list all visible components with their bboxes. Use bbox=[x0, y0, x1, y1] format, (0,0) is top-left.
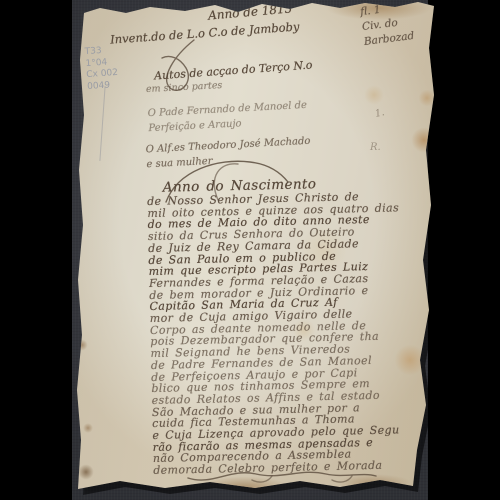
archival-pencil-note: T33 1°04 Cx 002 0049 bbox=[84, 45, 119, 93]
pencil-stroke bbox=[99, 86, 105, 161]
photograph-of-manuscript: Anno de 1815 fl. 1 Civ. do Barbozad Inve… bbox=[0, 0, 500, 500]
margin-mark-two: R. bbox=[370, 142, 381, 153]
ink-layer: Anno de 1815 fl. 1 Civ. do Barbozad Inve… bbox=[74, 0, 436, 494]
corner-annotation: fl. 1 Civ. do Barbozad bbox=[359, 0, 415, 50]
manuscript-page: Anno de 1815 fl. 1 Civ. do Barbozad Inve… bbox=[74, 0, 436, 494]
party-one: O Pade Fernando de Manoel de Perfeição e… bbox=[147, 98, 308, 136]
margin-mark-one: 1. bbox=[374, 107, 386, 120]
pencil-line-3: Cx 002 bbox=[86, 68, 118, 82]
pencil-line-4: 0049 bbox=[87, 79, 119, 93]
body-paragraph: Anno do Nascimento de Nosso Senhor Jesus… bbox=[147, 175, 416, 477]
